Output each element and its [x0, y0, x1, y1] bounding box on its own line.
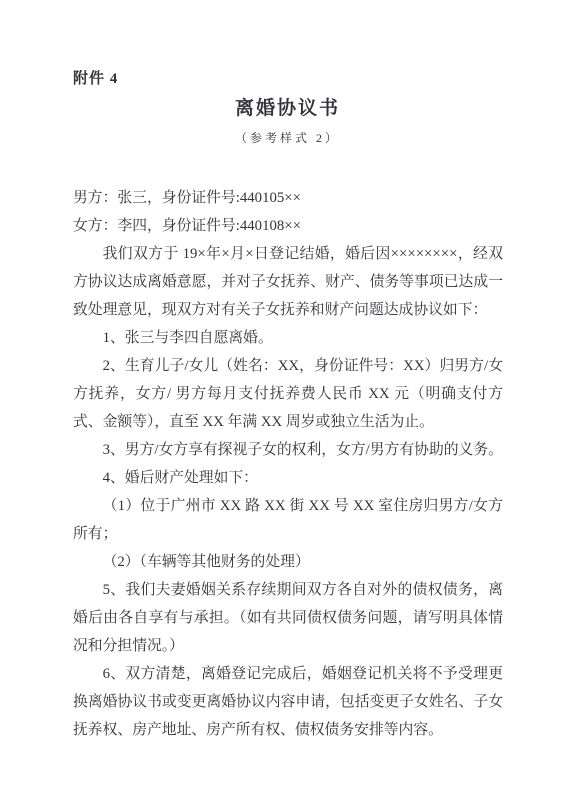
- clause-2: 2、生育儿子/女儿（姓名：XX，身份证件号：XX）归男方/女方抚养，女方/ 男方…: [73, 352, 503, 436]
- clause-5: 5、我们夫妻婚姻关系存续期间双方各自对外的债权债务，离婚后由各自享有与承担。（如…: [73, 576, 503, 660]
- document-subtitle: （参考样式 2）: [0, 129, 575, 146]
- clause-4-item-2: （2）（车辆等其他财务的处理）: [73, 548, 503, 576]
- document-page: 附件 4 离婚协议书 （参考样式 2） 男方：张三，身份证件号:440105××…: [0, 0, 575, 801]
- clause-4-item-1: （1）位于广州市 XX 路 XX 街 XX 号 XX 室住房归男方/女方所有；: [73, 492, 503, 548]
- document-title: 离婚协议书: [0, 93, 575, 120]
- clause-1: 1、张三与李四自愿离婚。: [73, 324, 503, 352]
- attachment-label: 附件 4: [73, 67, 118, 88]
- party-male-line: 男方：张三，身份证件号:440105××: [73, 184, 503, 212]
- clause-3: 3、男方/女方享有探视子女的权利，女方/男方有协助的义务。: [73, 436, 503, 464]
- clause-6: 6、双方清楚，离婚登记完成后，婚姻登记机关将不予受理更换离婚协议书或变更离婚协议…: [73, 660, 503, 744]
- document-body: 男方：张三，身份证件号:440105×× 女方：李四，身份证件号:440108×…: [73, 184, 503, 744]
- clause-4: 4、婚后财产处理如下：: [73, 464, 503, 492]
- intro-paragraph: 我们双方于 19×年×月×日登记结婚，婚后因××××××××，经双方协议达成离婚…: [73, 240, 503, 324]
- party-female-line: 女方：李四，身份证件号:440108××: [73, 212, 503, 240]
